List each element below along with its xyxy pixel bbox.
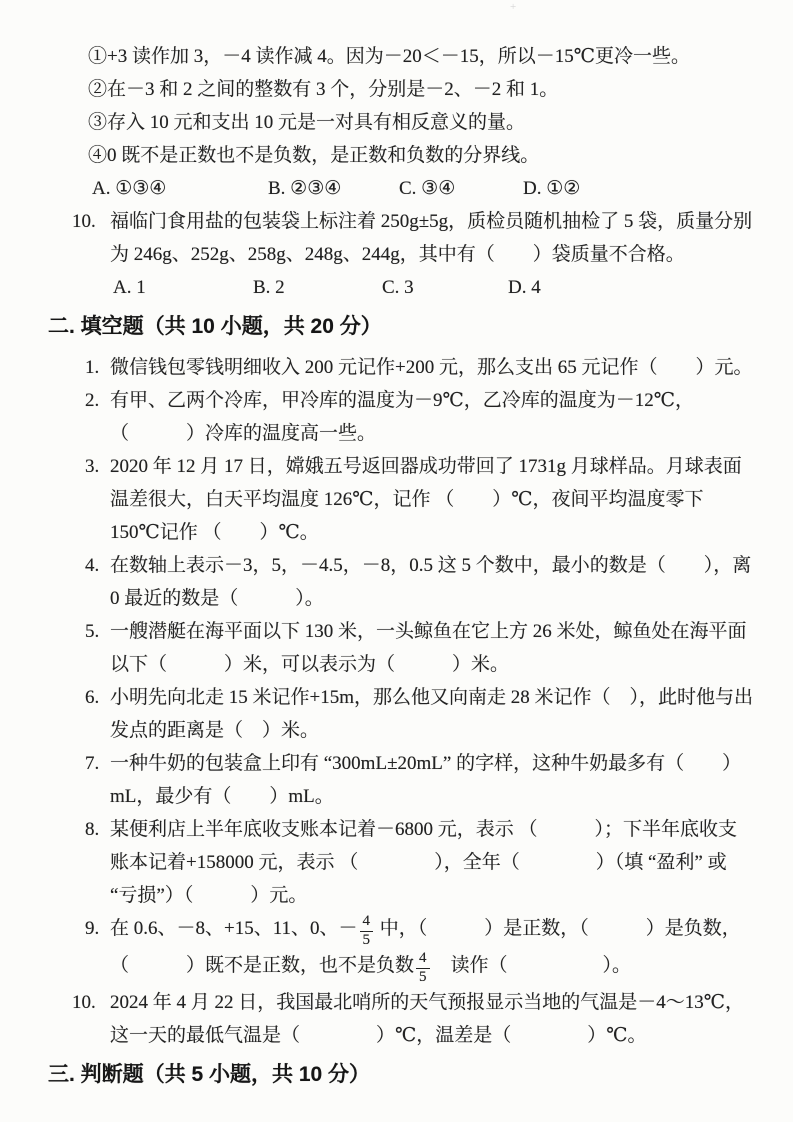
question-text-segment: 在 0.6、－8、+15、11、0、－ [110,918,358,939]
option-b: B. ②③④ [268,172,399,205]
fraction-denominator: 5 [416,969,430,986]
option-a: A. 1 [113,271,253,304]
option-d: D. 4 [508,271,541,304]
question-text: 一种牛奶的包装盒上印有 “300mL±20mL” 的字样，这种牛奶最多有（ ）m… [110,747,753,813]
fraction-denominator: 5 [360,932,374,949]
fraction-neg-four-fifths: 45 [360,914,374,949]
fraction-four-fifths: 45 [416,951,430,986]
question-text: 在 0.6、－8、+15、11、0、－45 中，（ ）是正数，（ ）是负数，（ … [110,912,753,986]
section-3-heading: 三. 判断题（共 5 小题，共 10 分） [48,1058,753,1092]
question-text: 2020 年 12 月 17 日，嫦娥五号返回器成功带回了 1731g 月球样品… [110,450,753,549]
question-number: 3. [78,450,110,483]
question-number: 6. [78,681,110,714]
question-number: 10. [72,205,110,238]
question-9: 9. 在 0.6、－8、+15、11、0、－45 中，（ ）是正数，（ ）是负数… [78,912,753,986]
option-c: C. ③④ [399,172,523,205]
question-number: 1. [78,351,110,384]
question-text: 有甲、乙两个冷库，甲冷库的温度为－9℃，乙冷库的温度为－12℃，（ ）冷库的温度… [110,384,753,450]
statement-line-3: ③存入 10 元和支出 10 元是一对具有相反意义的量。 [78,106,753,139]
question-number: 8. [78,813,110,846]
fraction-numerator: 4 [360,914,374,932]
question-text: 微信钱包零钱明细收入 200 元记作+200 元，那么支出 65 元记作（ ）元… [110,351,753,384]
question-text: 一艘潜艇在海平面以下 130 米，一头鲸鱼在它上方 26 米处，鲸鱼处在海平面以… [110,615,753,681]
question-text: 某便利店上半年底收支账本记着－6800 元，表示 （ ）；下半年底收支账本记着+… [110,813,753,912]
options-row: A. ①③④ B. ②③④ C. ③④ D. ①② [78,172,753,205]
question-1: 1. 微信钱包零钱明细收入 200 元记作+200 元，那么支出 65 元记作（… [78,351,753,384]
exam-page: + ①+3 读作加 3，－4 读作减 4。因为－20＜－15，所以－15℃更冷一… [0,0,793,1122]
section-2-heading: 二. 填空题（共 10 小题，共 20 分） [48,310,753,344]
question-3: 3. 2020 年 12 月 17 日，嫦娥五号返回器成功带回了 1731g 月… [78,450,753,549]
option-d: D. ①② [523,172,580,205]
scan-artifact: + [510,2,516,13]
fraction-numerator: 4 [416,951,430,969]
question-4: 4. 在数轴上表示－3，5，－4.5，－8，0.5 这 5 个数中，最小的数是（… [78,549,753,615]
statement-line-4: ④0 既不是正数也不是负数，是正数和负数的分界线。 [78,139,753,172]
choice-statements-block: ①+3 读作加 3，－4 读作减 4。因为－20＜－15，所以－15℃更冷一些。… [78,40,753,205]
question-number: 7. [78,747,110,780]
question-8: 8. 某便利店上半年底收支账本记着－6800 元，表示 （ ）；下半年底收支账本… [78,813,753,912]
question-10: 10. 2024 年 4 月 22 日，我国最北哨所的天气预报显示当地的气温是－… [78,986,753,1052]
question-2: 2. 有甲、乙两个冷库，甲冷库的温度为－9℃，乙冷库的温度为－12℃，（ ）冷库… [78,384,753,450]
question-text: 2024 年 4 月 22 日，我国最北哨所的天气预报显示当地的气温是－4～13… [110,986,753,1052]
option-a: A. ①③④ [92,172,268,205]
question-text: 福临门食用盐的包装袋上标注着 250g±5g，质检员随机抽检了 5 袋，质量分别… [110,205,753,271]
question-text: 小明先向北走 15 米记作+15m，那么他又向南走 28 米记作（ ），此时他与… [110,681,753,747]
question-number: 2. [78,384,110,417]
question-number: 4. [78,549,110,582]
question-10-choice: 10. 福临门食用盐的包装袋上标注着 250g±5g，质检员随机抽检了 5 袋，… [78,205,753,271]
option-b: B. 2 [253,271,382,304]
question-number: 5. [78,615,110,648]
statement-line-1: ①+3 读作加 3，－4 读作减 4。因为－20＜－15，所以－15℃更冷一些。 [78,40,753,73]
question-5: 5. 一艘潜艇在海平面以下 130 米，一头鲸鱼在它上方 26 米处，鲸鱼处在海… [78,615,753,681]
question-text: 在数轴上表示－3，5，－4.5，－8，0.5 这 5 个数中，最小的数是（ ），… [110,549,753,615]
question-text-segment: 读作（ ）。 [432,955,632,976]
options-row: A. 1 B. 2 C. 3 D. 4 [78,271,753,304]
question-number: 10. [72,986,110,1019]
question-7: 7. 一种牛奶的包装盒上印有 “300mL±20mL” 的字样，这种牛奶最多有（… [78,747,753,813]
statement-line-2: ②在－3 和 2 之间的整数有 3 个，分别是－2、－2 和 1。 [78,73,753,106]
option-c: C. 3 [382,271,508,304]
question-6: 6. 小明先向北走 15 米记作+15m，那么他又向南走 28 米记作（ ），此… [78,681,753,747]
question-number: 9. [78,912,110,945]
